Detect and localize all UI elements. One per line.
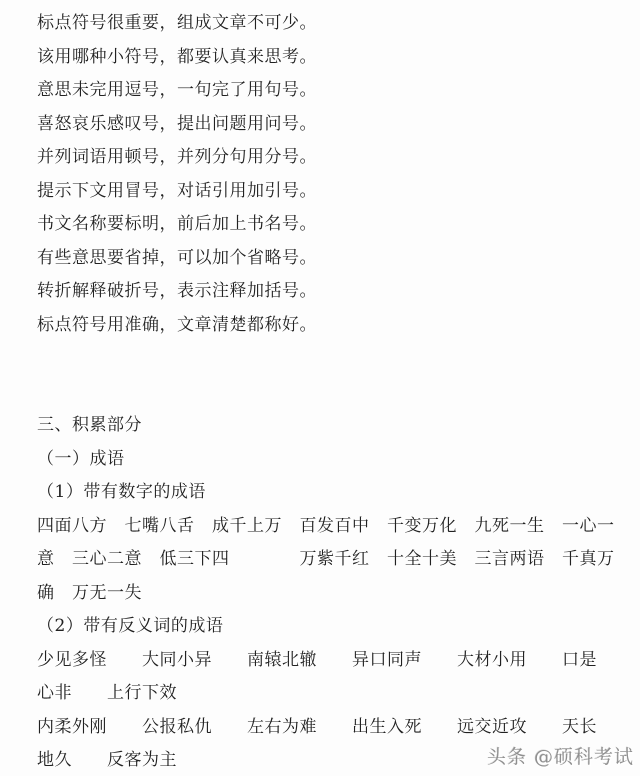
poem-line: 标点符号很重要，组成文章不可少。 bbox=[37, 7, 624, 41]
poem-line: 并列词语用顿号，并列分句用分号。 bbox=[37, 141, 624, 175]
idiom-line: 心非 上行下效 bbox=[37, 677, 624, 711]
punctuation-poem: 标点符号很重要，组成文章不可少。 该用哪种小符号，都要认真来思考。 意思未完用逗… bbox=[37, 7, 624, 342]
accumulation-section: 三、积累部分 （一）成语 （1）带有数字的成语 四面八方 七嘴八舌 成千上万 百… bbox=[37, 409, 624, 776]
idiom-line: 四面八方 七嘴八舌 成千上万 百发百中 千变万化 九死一生 一心一 bbox=[37, 510, 624, 544]
subsection-title-idioms: （一）成语 bbox=[37, 443, 624, 477]
group-title-number-idioms: （1）带有数字的成语 bbox=[37, 476, 624, 510]
poem-line: 喜怒哀乐感叹号，提出问题用问号。 bbox=[37, 108, 624, 142]
idiom-line: 确 万无一失 bbox=[37, 577, 624, 611]
poem-line: 提示下文用冒号，对话引用加引号。 bbox=[37, 175, 624, 209]
idiom-line: 内柔外刚 公报私仇 左右为难 出生入死 远交近攻 天长 bbox=[37, 711, 624, 745]
poem-line: 该用哪种小符号，都要认真来思考。 bbox=[37, 41, 624, 75]
document-page: 标点符号很重要，组成文章不可少。 该用哪种小符号，都要认真来思考。 意思未完用逗… bbox=[0, 0, 640, 776]
watermark: 头条 @硕科考试 bbox=[487, 742, 634, 769]
poem-line: 转折解释破折号，表示注释加括号。 bbox=[37, 275, 624, 309]
poem-line: 意思未完用逗号，一句完了用句号。 bbox=[37, 74, 624, 108]
idiom-line: 意 三心二意 低三下四 万紫千红 十全十美 三言两语 千真万 bbox=[37, 543, 624, 577]
poem-line: 标点符号用准确，文章清楚都称好。 bbox=[37, 309, 624, 343]
document-content: 标点符号很重要，组成文章不可少。 该用哪种小符号，都要认真来思考。 意思未完用逗… bbox=[37, 7, 624, 776]
poem-line: 有些意思要省掉，可以加个省略号。 bbox=[37, 242, 624, 276]
poem-line: 书文名称要标明，前后加上书名号。 bbox=[37, 208, 624, 242]
group-title-antonym-idioms: （2）带有反义词的成语 bbox=[37, 610, 624, 644]
section-title: 三、积累部分 bbox=[37, 409, 624, 443]
idiom-line: 少见多怪 大同小异 南辕北辙 异口同声 大材小用 口是 bbox=[37, 644, 624, 678]
